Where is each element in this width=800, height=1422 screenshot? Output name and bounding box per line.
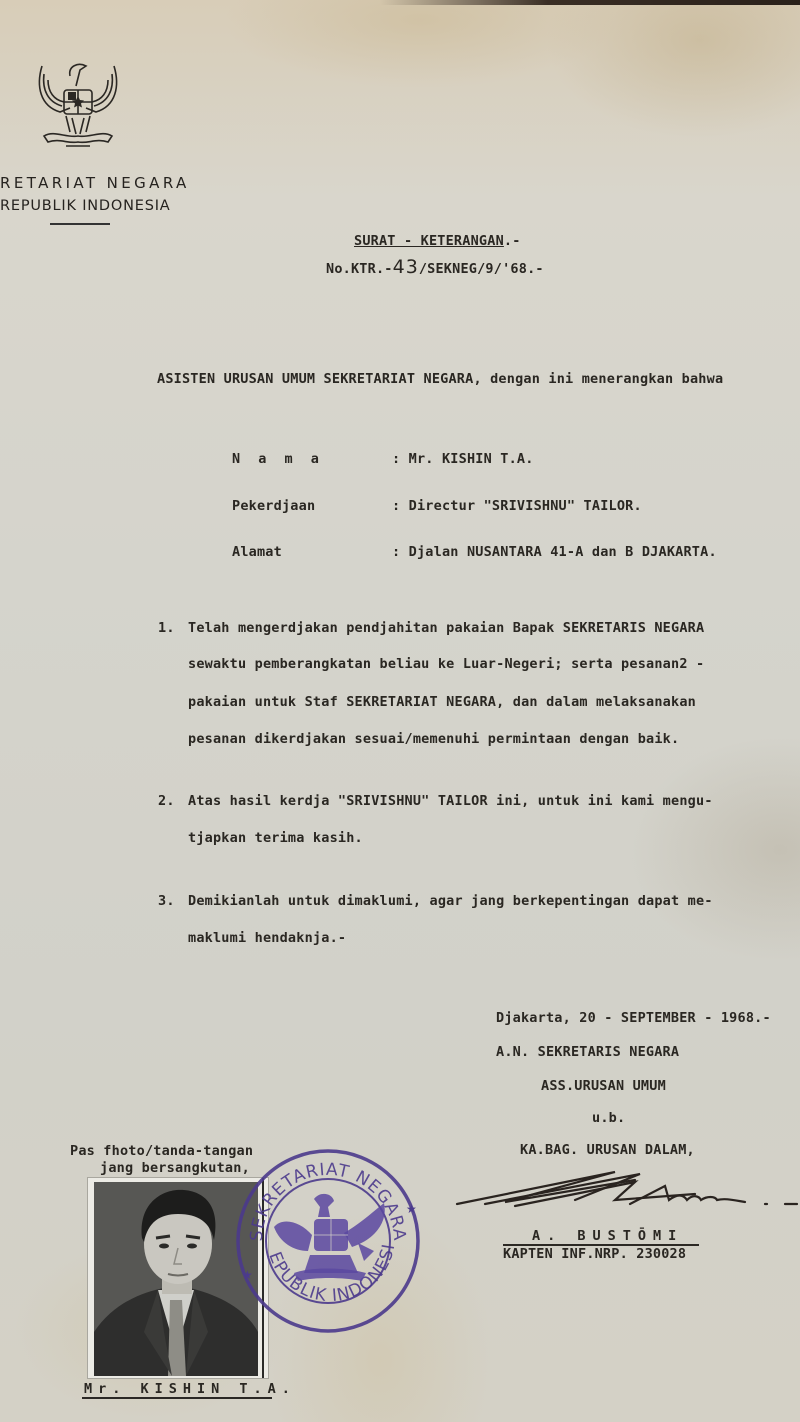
svg-text:★: ★	[406, 1202, 417, 1216]
paragraph-2-line: Atas hasil kerdja "SRIVISHNU" TAILOR ini…	[188, 793, 713, 809]
reference-number: No.KTR.-43/SEKNEG/9/'68.-	[326, 256, 544, 278]
office-name: ASS.URUSAN UMUM	[541, 1078, 666, 1094]
paragraph-1-number: 1.	[158, 620, 175, 636]
reference-suffix: /SEKNEG/9/'68.-	[419, 261, 544, 277]
signer-position: KA.BAG. URUSAN DALAM,	[520, 1142, 695, 1158]
photo-holder-underline	[82, 1397, 272, 1399]
document-title-text: SURAT - KETERANGAN	[354, 233, 504, 249]
photo-holder-name: Mr. KISHIN T.A.	[84, 1381, 296, 1397]
svg-text:★: ★	[242, 1268, 253, 1282]
paragraph-2-line: tjapkan terima kasih.	[188, 830, 363, 846]
garuda-emblem-icon	[30, 56, 126, 156]
paragraph-2-number: 2.	[158, 793, 175, 809]
on-behalf-of: A.N. SEKRETARIS NEGARA	[496, 1044, 679, 1060]
paragraph-3-number: 3.	[158, 893, 175, 909]
field-value-address: : Djalan NUSANTARA 41-A dan B DJAKARTA.	[392, 544, 717, 560]
paragraph-1-line: sewaktu pemberangkatan beliau ke Luar-Ne…	[188, 656, 704, 672]
document-title-suffix: .-	[504, 233, 521, 249]
official-seal-stamp-icon: SEKRETARIAT NEGARA REPUBLIK INDONESIA ★ …	[234, 1147, 422, 1335]
place-and-date: Djakarta, 20 - SEPTEMBER - 1968.-	[496, 1010, 771, 1026]
field-label-address: Alamat	[232, 544, 282, 560]
paragraph-1-line: pesanan dikerdjakan sesuai/memenuhi perm…	[188, 731, 679, 747]
signer-rank: KAPTEN INF.NRP. 230028	[503, 1246, 686, 1262]
letterhead-institution: RETARIAT NEGARA	[0, 174, 190, 192]
page-top-edge	[380, 0, 800, 5]
photo-caption: Pas fhoto/tanda-tangan	[70, 1143, 253, 1159]
field-value-occupation: : Directur "SRIVISHNU" TAILOR.	[392, 498, 642, 514]
document-title: SURAT - KETERANGAN.-	[354, 233, 521, 249]
signer-name: A. BUSTŌMI	[532, 1228, 683, 1244]
reference-handwritten-number: 43	[393, 256, 419, 278]
letterhead-divider	[50, 223, 110, 225]
paragraph-3-line: Demikianlah untuk dimaklumi, agar jang b…	[188, 893, 713, 909]
letterhead-country: REPUBLIK INDONESIA	[0, 198, 171, 214]
paragraph-1-line: Telah mengerdjakan pendjahitan pakaian B…	[188, 620, 704, 636]
photo-caption: jang bersangkutan,	[100, 1160, 250, 1176]
ub-abbreviation: u.b.	[592, 1110, 625, 1126]
intro-statement: ASISTEN URUSAN UMUM SEKRETARIAT NEGARA, …	[157, 371, 723, 387]
field-label-occupation: Pekerdjaan	[232, 498, 315, 514]
paragraph-1-line: pakaian untuk Staf SEKRETARIAT NEGARA, d…	[188, 694, 696, 710]
paragraph-3-line: maklumi hendaknja.-	[188, 930, 346, 946]
handwritten-signature-icon	[455, 1160, 800, 1220]
field-value-name: : Mr. KISHIN T.A.	[392, 451, 534, 467]
reference-prefix: No.KTR.-	[326, 261, 393, 277]
field-label-name: N a m a	[232, 451, 324, 467]
